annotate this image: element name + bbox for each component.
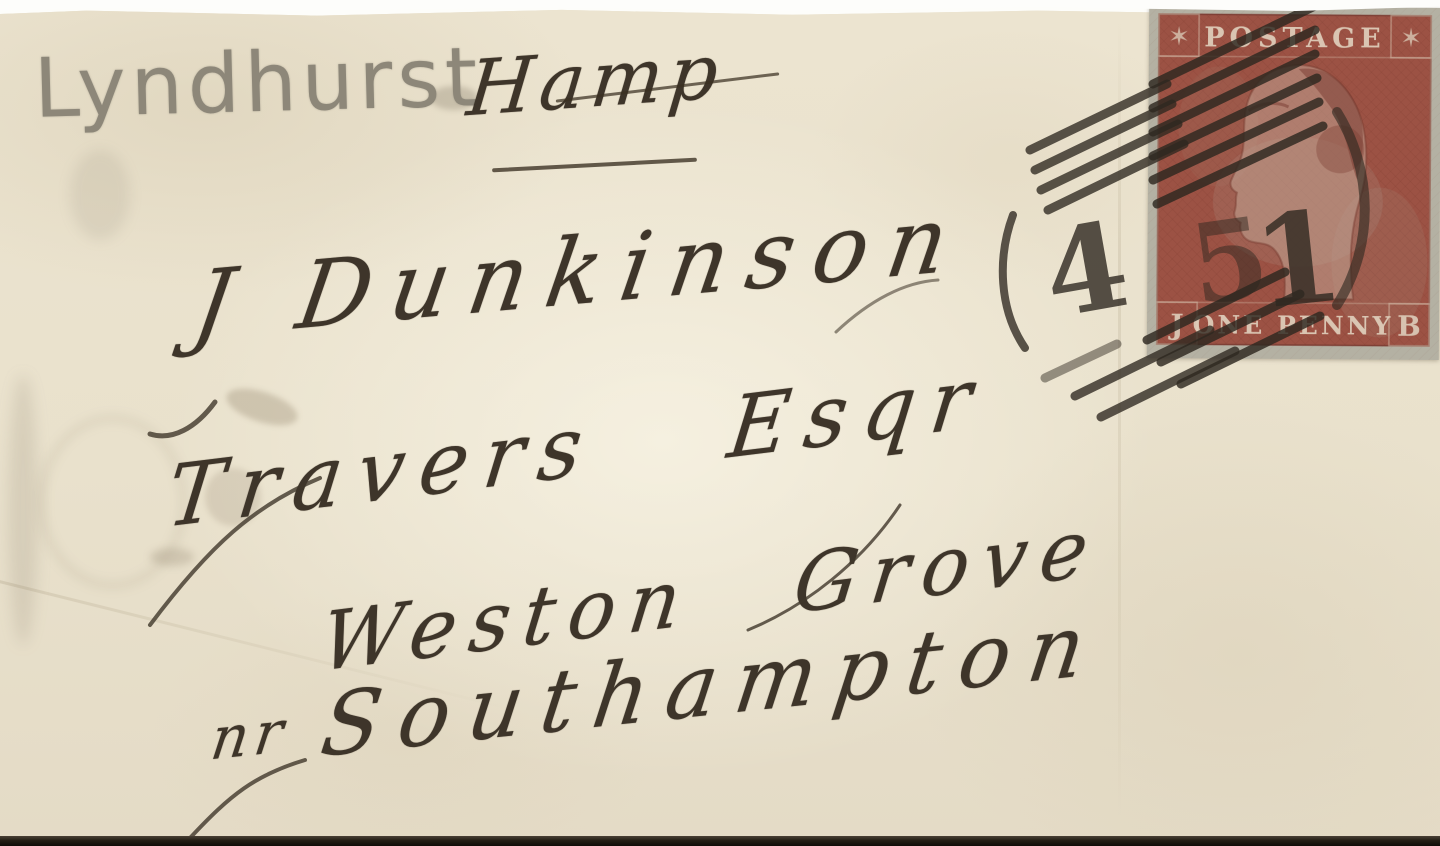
cancel-digit-right: 1 xyxy=(1247,182,1350,338)
ink-docket-note: Hamp xyxy=(463,26,728,134)
scan-background-top-edge xyxy=(0,0,1440,11)
address-near-prefix: nr xyxy=(207,696,293,773)
pencil-location-note: Lyndhurst xyxy=(33,30,484,137)
barred-numeral-cancel: 4 5 1 xyxy=(985,0,1440,430)
scan-shadow-bottom-edge xyxy=(0,836,1440,846)
cancel-digit-left: 4 xyxy=(1033,194,1138,345)
scanned-envelope-image: Lyndhurst Hamp J Dunkinson Travers Esqr … xyxy=(0,0,1440,846)
